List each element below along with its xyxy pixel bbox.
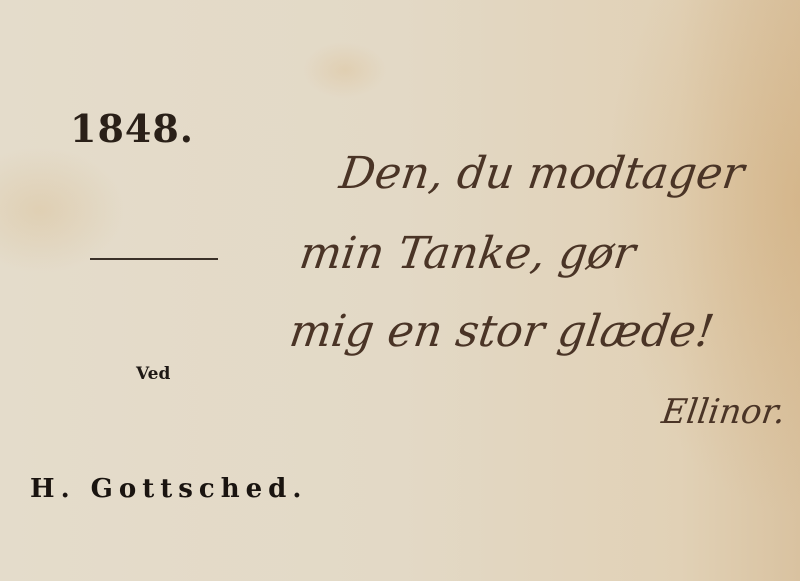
handwritten-line-3: mig en stor glæde! bbox=[286, 306, 717, 357]
horizontal-rule-divider bbox=[90, 258, 218, 260]
printed-author-name: H. Gottsched. bbox=[30, 474, 307, 504]
printed-by-label: Ved bbox=[136, 364, 170, 384]
handwritten-line-2: min Tanke, gør bbox=[296, 228, 638, 279]
handwritten-signature: Ellinor. bbox=[659, 392, 788, 432]
handwritten-line-1: Den, du modtager bbox=[336, 148, 747, 199]
printed-year: 1848. bbox=[70, 106, 194, 151]
document-page: 1848. Ved H. Gottsched. Den, du modtager… bbox=[0, 0, 800, 581]
